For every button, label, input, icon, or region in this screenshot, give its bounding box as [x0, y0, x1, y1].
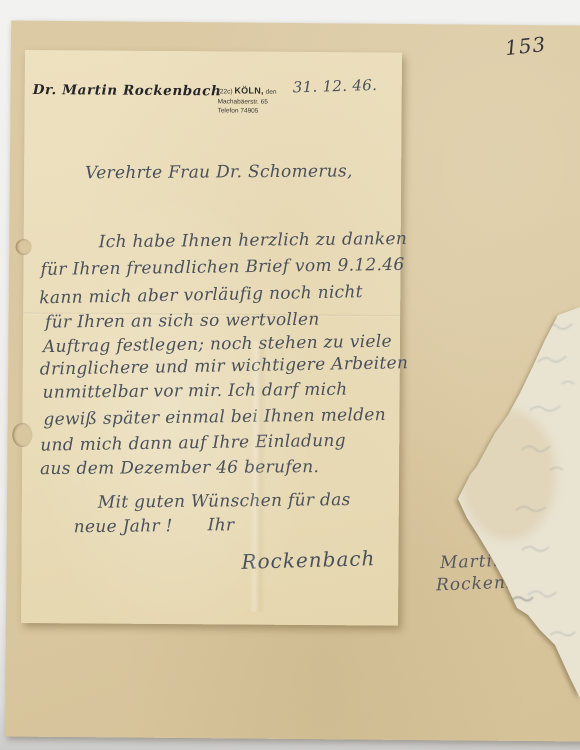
letterhead-phone: Telefon 74905 — [218, 107, 277, 117]
body-line: Ich habe Ihnen herzlich zu danken — [99, 230, 408, 252]
signature: Rockenbach — [241, 547, 376, 573]
salutation: Verehrte Frau Dr. Schomerus, — [85, 162, 353, 183]
closing-pronoun: Ihr — [208, 516, 235, 535]
punch-hole-top — [16, 239, 32, 255]
closing-line1: Mit guten Wünschen für das — [98, 491, 351, 512]
letterhead-district: (22c) — [218, 88, 233, 95]
body-line: für Ihren an sich so wertvollen — [45, 311, 320, 333]
handwritten-date: 31. 12. 46. — [293, 77, 378, 96]
page-number: 153 — [504, 32, 547, 60]
body-line: unmittelbar vor mir. Ich darf mich — [43, 381, 348, 403]
letterhead-name: Dr. Martin Rockenbach — [33, 82, 222, 99]
body-line: und mich dann auf Ihre Einladung — [40, 432, 346, 455]
body-line: gewiß später einmal bei Ihnen melden — [43, 406, 386, 429]
scanned-letter-page: { "page": { "page_number": "153" }, "let… — [0, 0, 580, 750]
overlapping-sheet-corner — [450, 300, 580, 705]
letterhead-address-block: (22c) KÖLN, den Machabäerstr. 65 Telefon… — [218, 84, 277, 116]
body-line: kann mich aber vorläufig noch nicht — [39, 283, 363, 308]
letter-sheet: Dr. Martin Rockenbach (22c) KÖLN, den Ma… — [21, 50, 402, 626]
letterhead-city: KÖLN, — [234, 85, 264, 95]
closing-line2: neue Jahr ! — [74, 517, 173, 537]
letterhead-street: Machabäerstr. 65 — [218, 97, 277, 107]
body-line: Auftrag festlegen; noch stehen zu viele — [43, 333, 392, 357]
punch-hole-bottom — [12, 423, 32, 447]
body-line: aus dem Dezember 46 berufen. — [40, 458, 319, 479]
letterhead-den: den — [266, 89, 277, 96]
body-line: dringlichere und mir wichtigere Arbeiten — [40, 354, 409, 379]
letterhead-city-line: (22c) KÖLN, den — [218, 84, 277, 97]
body-line: für Ihren freundlichen Brief vom 9.12.46 — [40, 256, 404, 280]
